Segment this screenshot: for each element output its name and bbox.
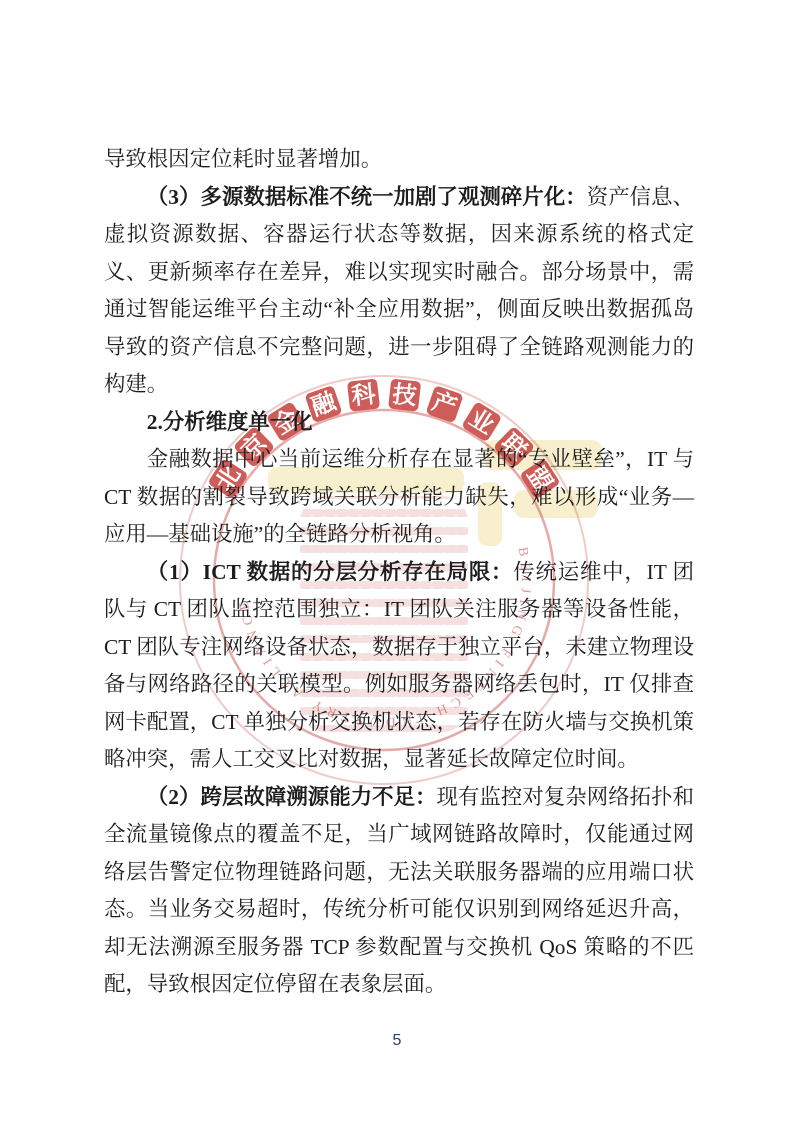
paragraph: （1）ICT 数据的分层分析存在局限：传统运维中，IT 团队与 CT 团队监控范…	[104, 554, 694, 779]
paragraph-text: 资产信息、虚拟资源数据、容器运行状态等数据，因来源系统的格式定义、更新频率存在差…	[104, 185, 694, 397]
document-page: BEIJING FINTECH INDUSTRY ALLIANCE 北京金融科技…	[0, 0, 794, 1123]
paragraph: （2）跨层故障溯源能力不足：现有监控对复杂网络拓扑和全流量镜像点的覆盖不足，当广…	[104, 779, 694, 1004]
paragraph-text: 导致根因定位耗时显著增加。	[104, 147, 382, 171]
document-body: 导致根因定位耗时显著增加。（3）多源数据标准不统一加剧了观测碎片化：资产信息、虚…	[104, 141, 694, 1004]
paragraph: 导致根因定位耗时显著增加。	[104, 141, 694, 179]
paragraph-text: 传统运维中，IT 团队与 CT 团队监控范围独立：IT 团队关注服务器等设备性能…	[104, 560, 694, 772]
page-number: 5	[0, 1032, 794, 1050]
paragraph-text: 现有监控对复杂网络拓扑和全流量镜像点的覆盖不足，当广域网链路故障时，仅能通过网络…	[104, 785, 694, 997]
paragraph-heading-text: （3）多源数据标准不统一加剧了观测碎片化：	[147, 185, 587, 209]
paragraph-text: 金融数据中心当前运维分析存在显著的“专业壁垒”，IT 与 CT 数据的割裂导致跨…	[104, 447, 694, 546]
paragraph: 金融数据中心当前运维分析存在显著的“专业壁垒”，IT 与 CT 数据的割裂导致跨…	[104, 441, 694, 554]
paragraph-heading-text: 2.分析维度单一化	[147, 410, 313, 434]
paragraph-heading-text: （1）ICT 数据的分层分析存在局限：	[147, 560, 513, 584]
paragraph: （3）多源数据标准不统一加剧了观测碎片化：资产信息、虚拟资源数据、容器运行状态等…	[104, 179, 694, 404]
paragraph-heading-text: （2）跨层故障溯源能力不足：	[147, 785, 437, 809]
paragraph: 2.分析维度单一化	[104, 404, 694, 442]
